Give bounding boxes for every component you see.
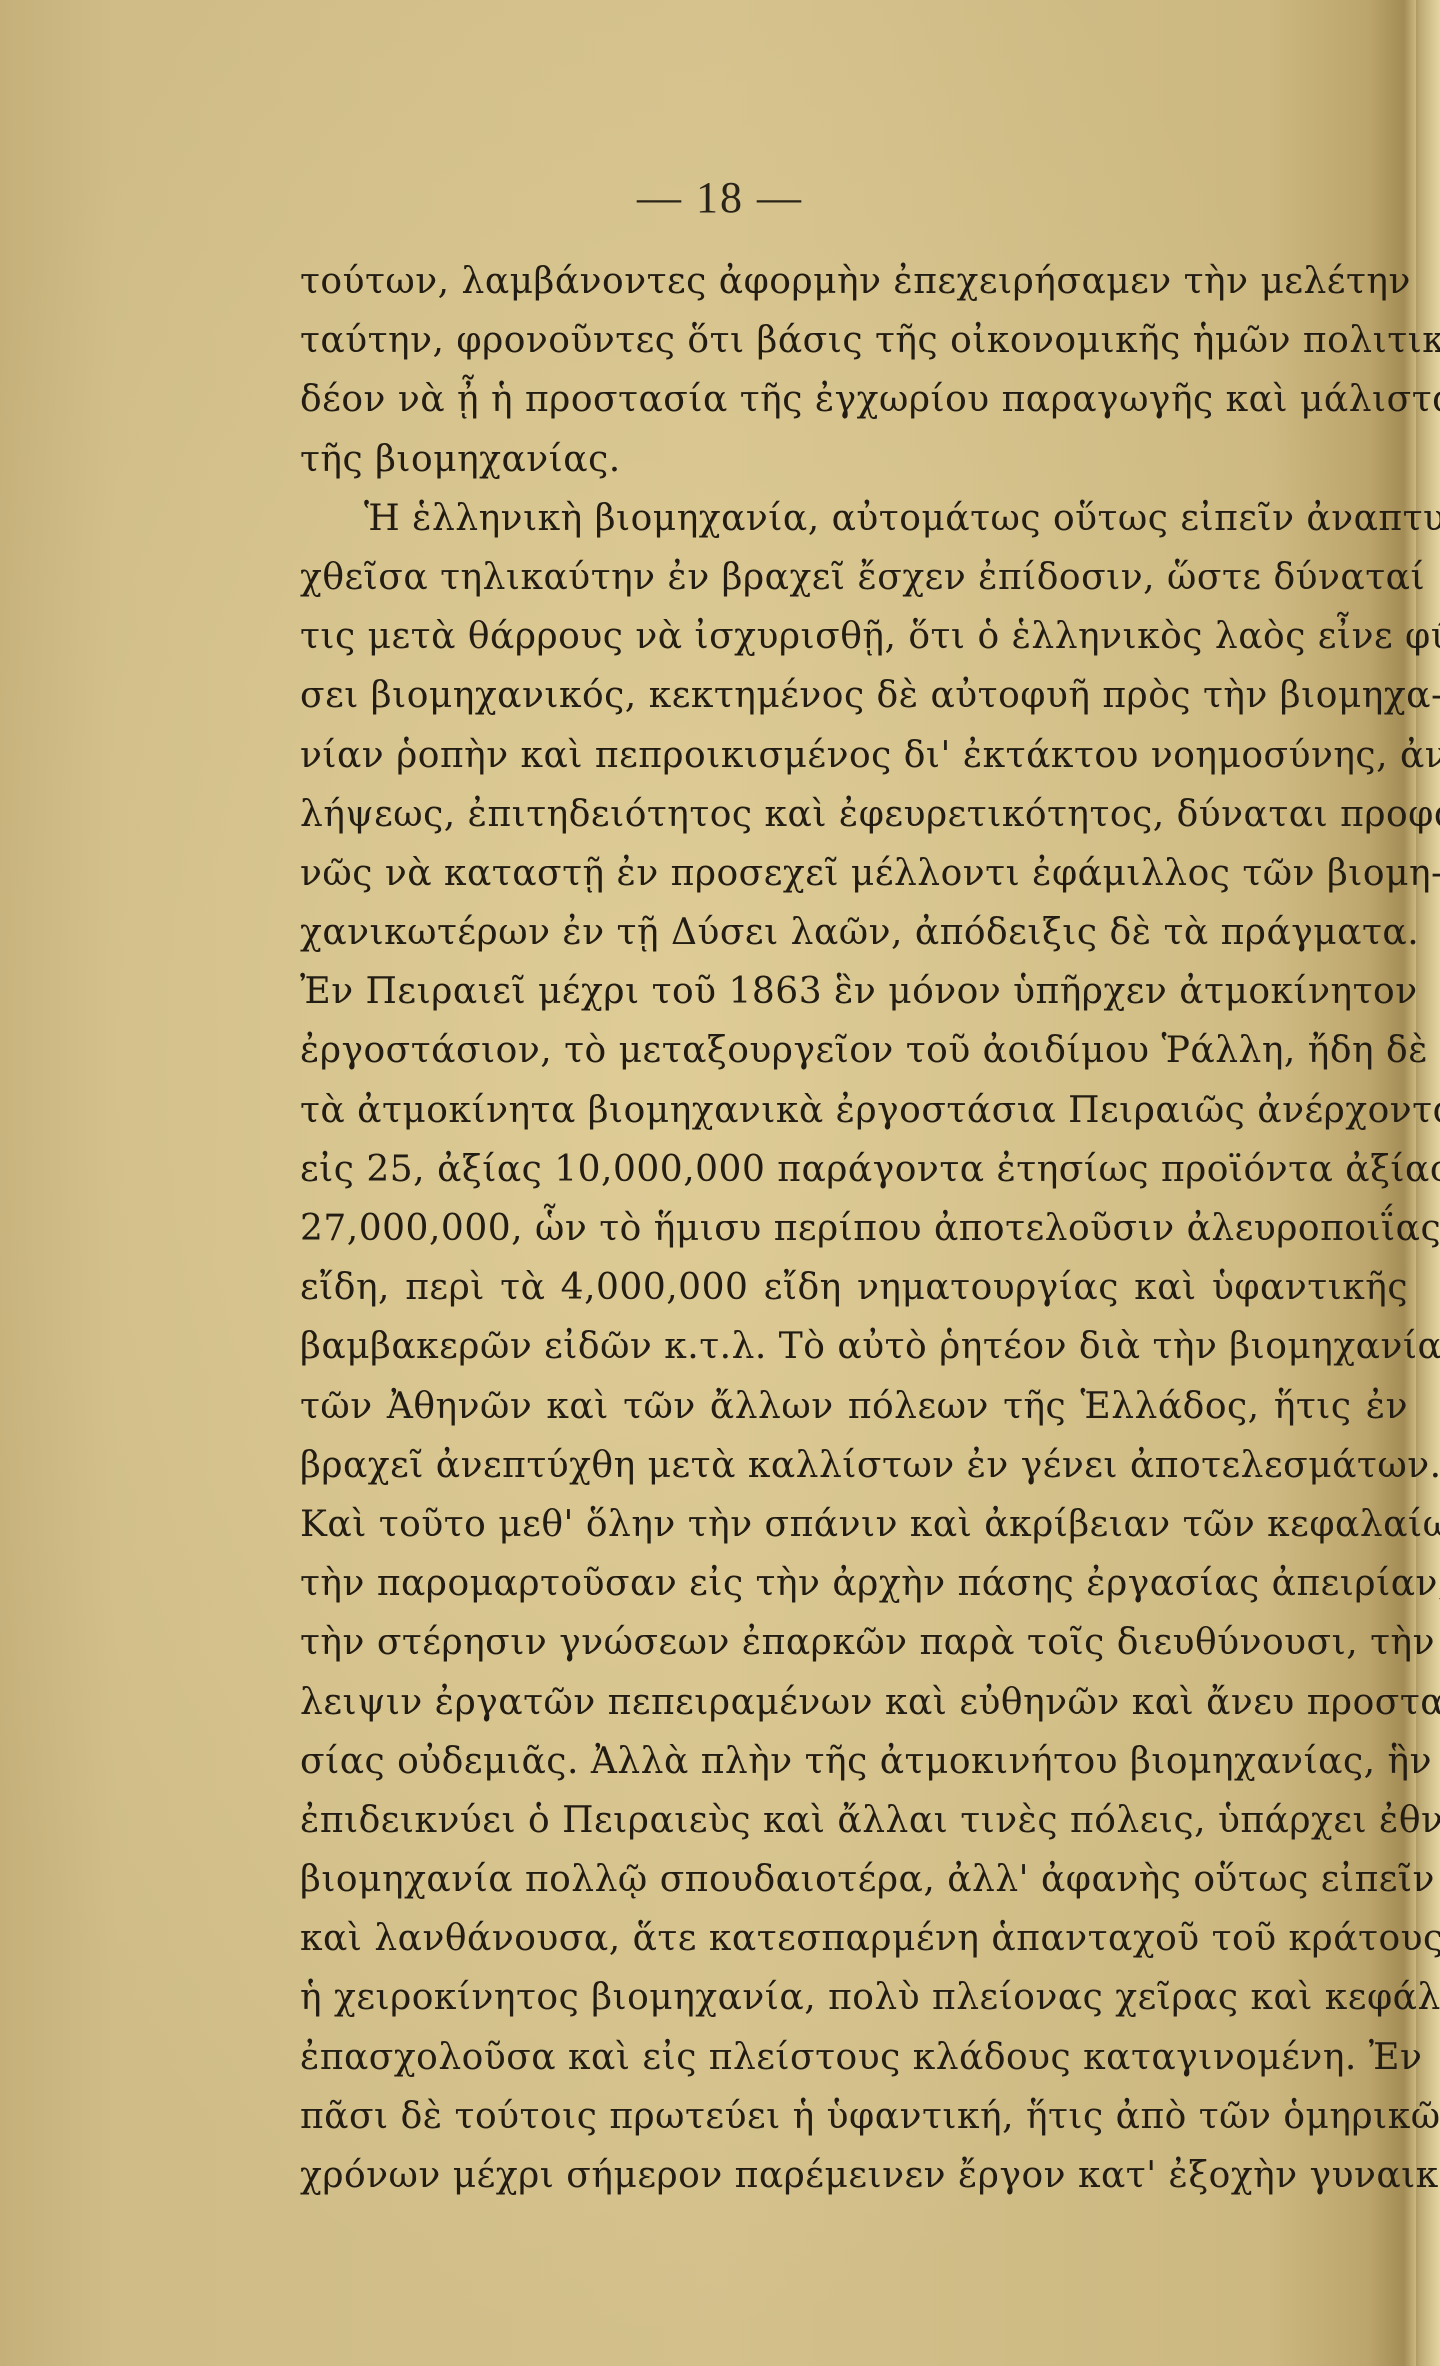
text-line: δέον νὰ ᾖ ἡ προστασία τῆς ἐγχωρίου παραγ…	[300, 370, 1408, 429]
text-line: ἡ χειροκίνητος βιομηχανία, πολὺ πλείονας…	[300, 1968, 1408, 2027]
text-line: Ἐν Πειραιεῖ μέχρι τοῦ 1863 ἓν μόνον ὑπῆρ…	[300, 962, 1408, 1021]
paragraph-start-line: Ἡ ἑλληνικὴ βιομηχανία, αὐτομάτως οὕτως ε…	[300, 489, 1408, 548]
text-line: λήψεως, ἐπιτηδειότητος καὶ ἐφευρετικότητ…	[300, 785, 1408, 844]
text-line: σει βιομηχανικός, κεκτημένος δὲ αὐτοφυῆ …	[300, 666, 1408, 725]
text-line: βραχεῖ ἀνεπτύχθη μετὰ καλλίστων ἐν γένει…	[300, 1436, 1408, 1495]
text-line: ἐργοστάσιον, τὸ μεταξουργεῖον τοῦ ἀοιδίμ…	[300, 1021, 1408, 1080]
text-line: νῶς νὰ καταστῇ ἐν προσεχεῖ μέλλοντι ἐφάμ…	[300, 844, 1408, 903]
text-line: τὴν στέρησιν γνώσεων ἐπαρκῶν παρὰ τοῖς δ…	[300, 1613, 1408, 1672]
text-line: ταύτην, φρονοῦντες ὅτι βάσις τῆς οἰκονομ…	[300, 311, 1408, 370]
text-line: ἐπιδεικνύει ὁ Πειραιεὺς καὶ ἄλλαι τινὲς …	[300, 1791, 1408, 1850]
text-line: χρόνων μέχρι σήμερον παρέμεινεν ἔργον κα…	[300, 2146, 1408, 2205]
text-line: εἴδη, περὶ τὰ 4,000,000 εἴδη νηματουργία…	[300, 1258, 1408, 1317]
text-line: καὶ λανθάνουσα, ἅτε κατεσπαρμένη ἁπανταχ…	[300, 1909, 1408, 1968]
page-number: — 18 —	[0, 172, 1440, 223]
text-line: λειψιν ἐργατῶν πεπειραμένων καὶ εὐθηνῶν …	[300, 1673, 1408, 1732]
text-line: βαμβακερῶν εἰδῶν κ.τ.λ. Τὸ αὐτὸ ῥητέον δ…	[300, 1317, 1408, 1376]
text-line: σίας οὐδεμιᾶς. Ἀλλὰ πλὴν τῆς ἀτμοκινήτου…	[300, 1732, 1408, 1791]
text-line: τῶν Ἀθηνῶν καὶ τῶν ἄλλων πόλεων τῆς Ἑλλά…	[300, 1377, 1408, 1436]
text-line: τούτων, λαμβάνοντες ἀφορμὴν ἐπεχειρήσαμε…	[300, 252, 1408, 311]
text-line: χανικωτέρων ἐν τῇ Δύσει λαῶν, ἀπόδειξις …	[300, 903, 1408, 962]
body-text: τούτων, λαμβάνοντες ἀφορμὴν ἐπεχειρήσαμε…	[300, 252, 1408, 2205]
text-line: πᾶσι δὲ τούτοις πρωτεύει ἡ ὑφαντική, ἥτι…	[300, 2087, 1408, 2146]
text-line: τις μετὰ θάρρους νὰ ἰσχυρισθῇ, ὅτι ὁ ἑλλ…	[300, 607, 1408, 666]
text-line: νίαν ῥοπὴν καὶ πεπροικισμένος δι' ἐκτάκτ…	[300, 726, 1408, 785]
text-line: βιομηχανία πολλῷ σπουδαιοτέρα, ἀλλ' ἀφαν…	[300, 1850, 1408, 1909]
text-line: χθεῖσα τηλικαύτην ἐν βραχεῖ ἔσχεν ἐπίδοσ…	[300, 548, 1408, 607]
scanned-book-page: — 18 — τούτων, λαμβάνοντες ἀφορμὴν ἐπεχε…	[0, 0, 1440, 2366]
text-line: τῆς βιομηχανίας.	[300, 430, 1408, 489]
text-line: ἐπασχολοῦσα καὶ εἰς πλείστους κλάδους κα…	[300, 2028, 1408, 2087]
text-line: εἰς 25, ἀξίας 10,000,000 παράγοντα ἐτησί…	[300, 1140, 1408, 1199]
text-line: Καὶ τοῦτο μεθ' ὅλην τὴν σπάνιν καὶ ἀκρίβ…	[300, 1495, 1408, 1554]
text-line: τὰ ἀτμοκίνητα βιομηχανικὰ ἐργοστάσια Πει…	[300, 1081, 1408, 1140]
text-line: 27,000,000, ὧν τὸ ἥμισυ περίπου ἀποτελοῦ…	[300, 1199, 1408, 1258]
text-line: τὴν παρομαρτοῦσαν εἰς τὴν ἀρχὴν πάσης ἐρ…	[300, 1554, 1408, 1613]
